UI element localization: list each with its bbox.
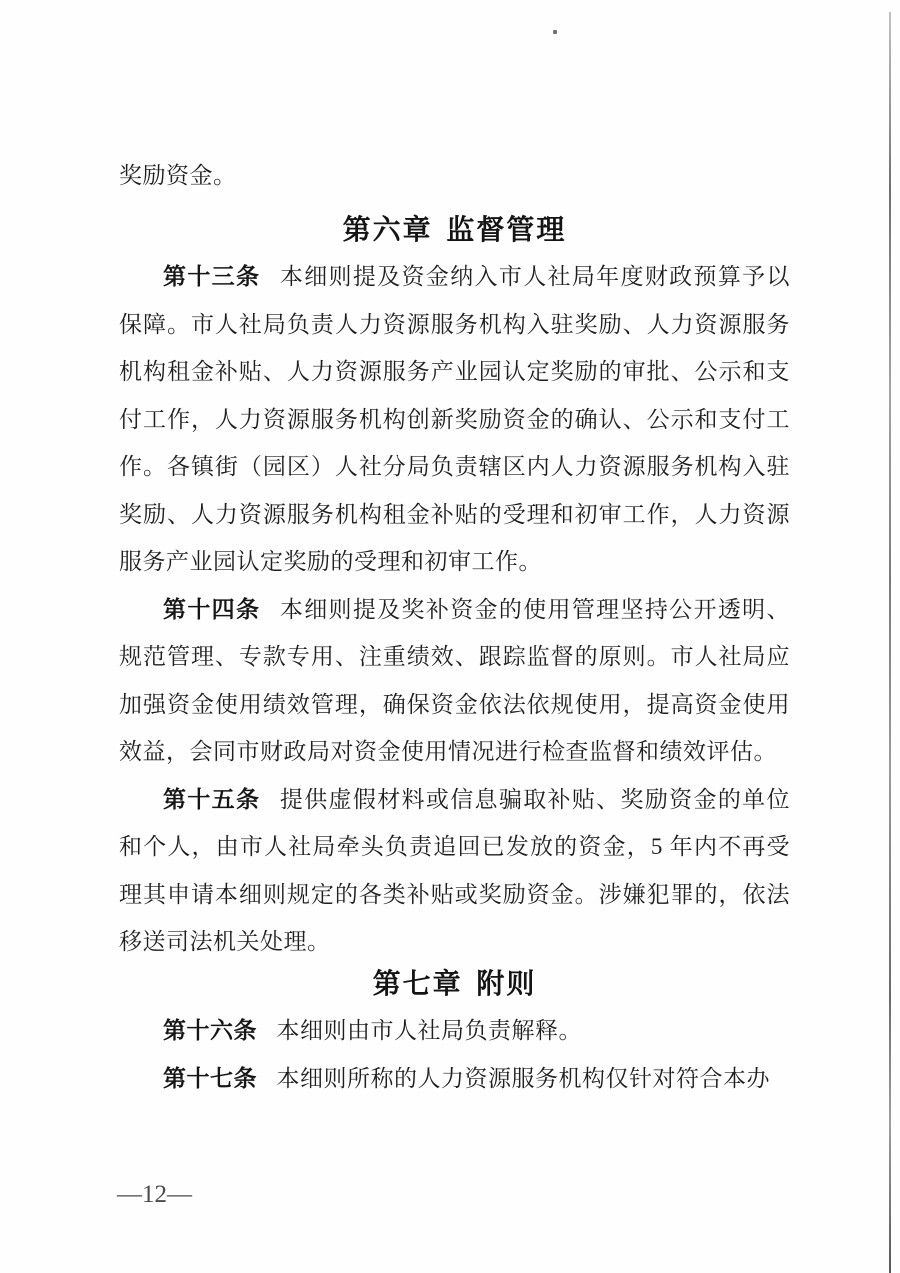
article-17-text: 本细则所称的人力资源服务机构仅针对符合本办	[277, 1066, 771, 1091]
article-15-paragraph: 第十五条提供虚假材料或信息骗取补贴、奖励资金的单位和个人，由市人社局牵头负责追回…	[119, 776, 790, 966]
article-17-paragraph: 第十七条本细则所称的人力资源服务机构仅针对符合本办	[119, 1055, 790, 1103]
article-17-term: 第十七条	[163, 1065, 257, 1091]
paragraph-continuation: 奖励资金。	[119, 152, 790, 200]
scan-speck-artifact	[553, 30, 557, 34]
chapter-7-heading: 第七章 附则	[119, 960, 790, 1008]
page-number: —12—	[117, 1181, 192, 1209]
article-14-term: 第十四条	[163, 596, 260, 622]
document-content: 奖励资金。 第六章 监督管理 第十三条本细则提及资金纳入市人社局年度财政预算予以…	[119, 152, 790, 1102]
chapter-6-heading: 第六章 监督管理	[119, 206, 790, 254]
article-16-term: 第十六条	[163, 1017, 257, 1043]
article-16-paragraph: 第十六条本细则由市人社局负责解释。	[119, 1007, 790, 1055]
article-16-text: 本细则由市人社局负责解释。	[277, 1018, 583, 1043]
article-13-paragraph: 第十三条本细则提及资金纳入市人社局年度财政预算予以保障。市人社局负责人力资源服务…	[119, 253, 790, 586]
scanned-document-page: 奖励资金。 第六章 监督管理 第十三条本细则提及资金纳入市人社局年度财政预算予以…	[0, 0, 900, 1273]
scan-edge-line-artifact	[889, 12, 891, 1273]
article-13-text: 本细则提及资金纳入市人社局年度财政预算予以保障。市人社局负责人力资源服务机构入驻…	[119, 264, 790, 574]
article-14-paragraph: 第十四条本细则提及奖补资金的使用管理坚持公开透明、规范管理、专款专用、注重绩效、…	[119, 586, 790, 776]
article-15-term: 第十五条	[163, 786, 260, 812]
article-13-term: 第十三条	[163, 263, 260, 289]
